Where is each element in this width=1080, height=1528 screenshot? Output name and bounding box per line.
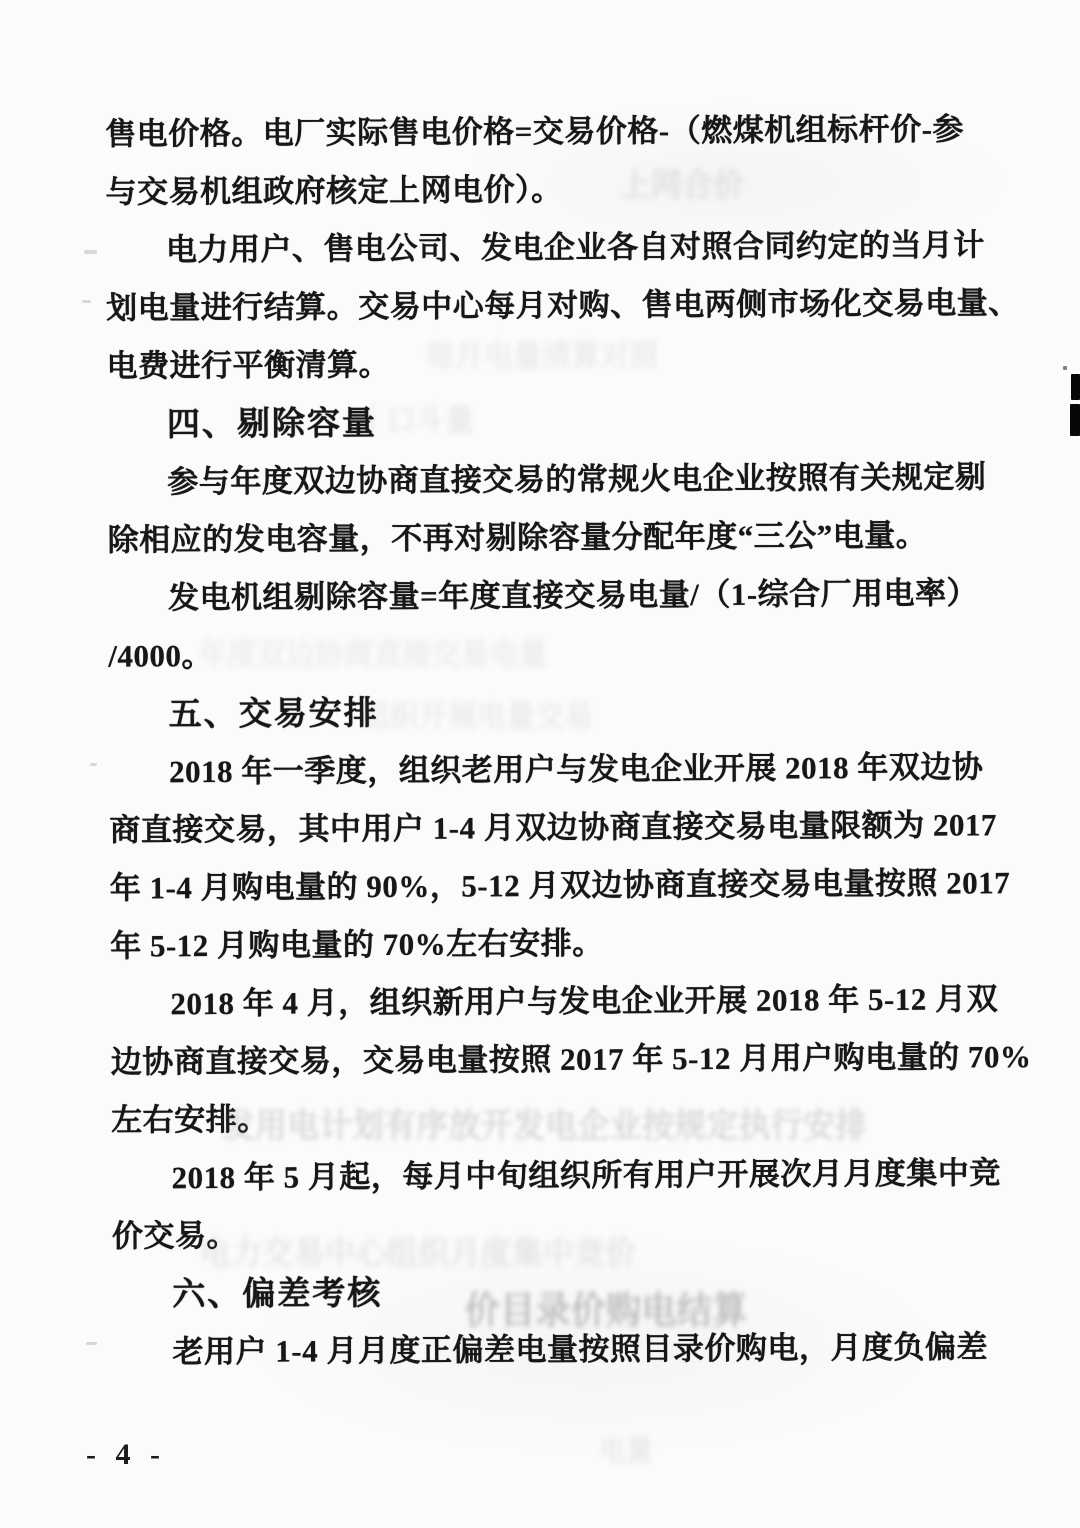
text-line: 商直接交易，其中用户 1-4 月双边协商直接交易电量限额为 2017 [109,796,989,859]
page-number: - 4 - [86,1438,166,1472]
scan-edge-speck [1063,366,1067,370]
text-line: 参与年度双边协商直接交易的常规火电企业按照有关规定剔 [107,448,987,511]
text-line: 2018 年 5 月起，每月中旬组织所有用户开展次月月度集中竞 [111,1144,991,1207]
text-line: 老用户 1-4 月月度正偏差电量按照目录价购电，月度负偏差 [112,1318,992,1381]
scan-speck [82,300,91,303]
bleed-through-smudge: 电量 [599,1428,653,1469]
heading-section-4: 四、剔除容量 [107,390,987,453]
text-line: 左右安排。 [111,1086,991,1149]
scan-edge-blob [1071,374,1080,400]
text-line: 年 1-4 月购电量的 90%，5-12 月双边协商直接交易电量按照 2017 [110,854,990,917]
text-line: 价交易。 [112,1202,992,1265]
scan-speck [90,763,97,766]
scan-speck [86,1342,97,1345]
text-line: 除相应的发电容量，不再对剔除容量分配年度“三公”电量。 [107,506,987,569]
text-line: 售电价格。电厂实际售电价格=交易价格-（燃煤机组标杆价-参 [105,100,985,163]
scan-speck [84,250,97,254]
text-line: 边协商直接交易，交易电量按照 2017 年 5-12 月用户购电量的 70% [111,1028,991,1091]
scanned-document-page: 售电价格。电厂实际售电价格=交易价格-（燃煤机组标杆价-参 与交易机组政府核定上… [0,0,1080,1528]
scan-edge-blob [1070,404,1080,436]
text-line: 电力用户、售电公司、发电企业各自对照合同约定的当月计 [106,216,986,279]
text-line: 电费进行平衡清算。 [106,332,986,395]
text-line: 年 5-12 月购电量的 70%左右安排。 [110,912,990,975]
text-line: 划电量进行结算。交易中心每月对购、售电两侧市场化交易电量、 [106,274,986,337]
document-body: 售电价格。电厂实际售电价格=交易价格-（燃煤机组标杆价-参 与交易机组政府核定上… [105,100,993,1381]
heading-section-5: 五、交易安排 [109,680,989,743]
text-line: 2018 年 4 月，组织新用户与发电企业开展 2018 年 5-12 月双 [110,970,990,1033]
heading-section-6: 六、偏差考核 [112,1260,992,1323]
text-line: 2018 年一季度，组织老用户与发电企业开展 2018 年双边协 [109,738,989,801]
text-line: 与交易机组政府核定上网电价）。 [105,158,985,221]
text-line: 发电机组剔除容量=年度直接交易电量/（1-综合厂用电率） [108,564,988,627]
text-line: /4000。 [108,622,988,685]
